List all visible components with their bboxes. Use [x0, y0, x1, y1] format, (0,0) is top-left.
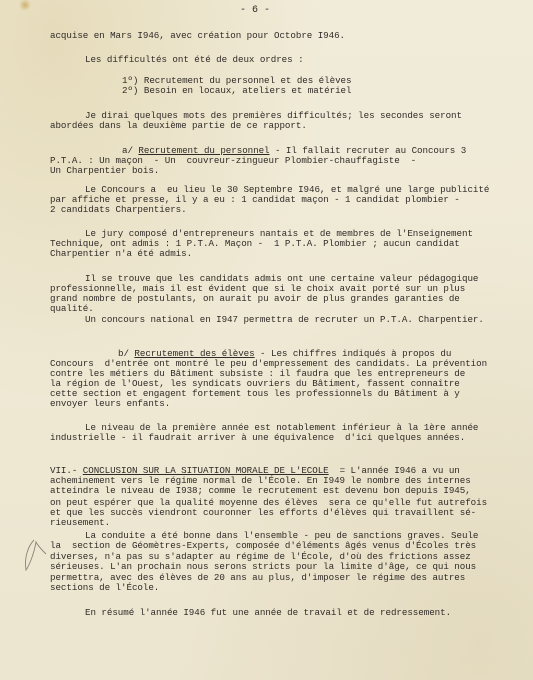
- text-line: rieusement.: [50, 518, 110, 528]
- text-line: abordées dans la deuxième partie de ce r…: [50, 121, 307, 131]
- section-a-title: Recrutement du personnel: [138, 145, 269, 156]
- text-line: et que les succès viendront couronner le…: [50, 508, 476, 518]
- text-line: sérieuses. L'an prochain nous serons str…: [50, 562, 476, 572]
- text-line: En résumé l'année I946 fut une année de …: [85, 608, 451, 618]
- section-b-title: Recrutement des élèves: [134, 348, 254, 359]
- section-a-heading: a/ Recrutement du personnel - Il fallait…: [122, 146, 466, 156]
- text-line: Un Charpentier bois.: [50, 166, 159, 176]
- text-line: Charpentier n'a été admis.: [50, 249, 192, 259]
- text-line: acquise en Mars I946, avec création pour…: [50, 31, 345, 41]
- text-line: la section de Géomètres-Experts, composé…: [50, 541, 476, 551]
- section-a-prefix: a/: [122, 145, 138, 156]
- text-line: envoyer leurs enfants.: [50, 399, 170, 409]
- section-vii-prefix: VII.-: [50, 465, 83, 476]
- text-line: 2 candidats Charpentiers.: [50, 205, 187, 215]
- paper-stain: [18, 0, 32, 10]
- pencil-check-mark-icon: [20, 536, 50, 576]
- section-vii-title: CONCLUSION SUR LA SITUATION MORALE DE L'…: [83, 465, 329, 476]
- section-a-text: - Il fallait recruter au Concours 3: [270, 145, 467, 156]
- page-number: - 6 -: [240, 5, 270, 16]
- text-line: qualité.: [50, 304, 94, 314]
- text-line: sections de l'École.: [50, 583, 159, 593]
- section-vii-text: = L'année I946 a vu un: [329, 465, 460, 476]
- text-line: atteindra le niveau de I938; comme le re…: [50, 486, 471, 496]
- section-b-text: - Les chiffres indiqués à propos du: [255, 348, 452, 359]
- text-line: industrielle - il faudrait arriver à une…: [50, 433, 465, 443]
- text-line: 2º) Besoin en locaux, ateliers et matéri…: [122, 86, 351, 96]
- text-line: Les difficultés ont été de deux ordres :: [85, 55, 304, 65]
- section-vii-heading: VII.- CONCLUSION SUR LA SITUATION MORALE…: [50, 466, 460, 476]
- text-line: Un concours national en I947 permettra d…: [85, 315, 484, 325]
- document-page: - 6 - acquise en Mars I946, avec créatio…: [0, 0, 533, 680]
- text-line: grand nombre de postulants, on aurait pu…: [50, 294, 460, 304]
- section-b-heading: b/ Recrutement des élèves - Les chiffres…: [118, 349, 451, 359]
- section-b-prefix: b/: [118, 348, 134, 359]
